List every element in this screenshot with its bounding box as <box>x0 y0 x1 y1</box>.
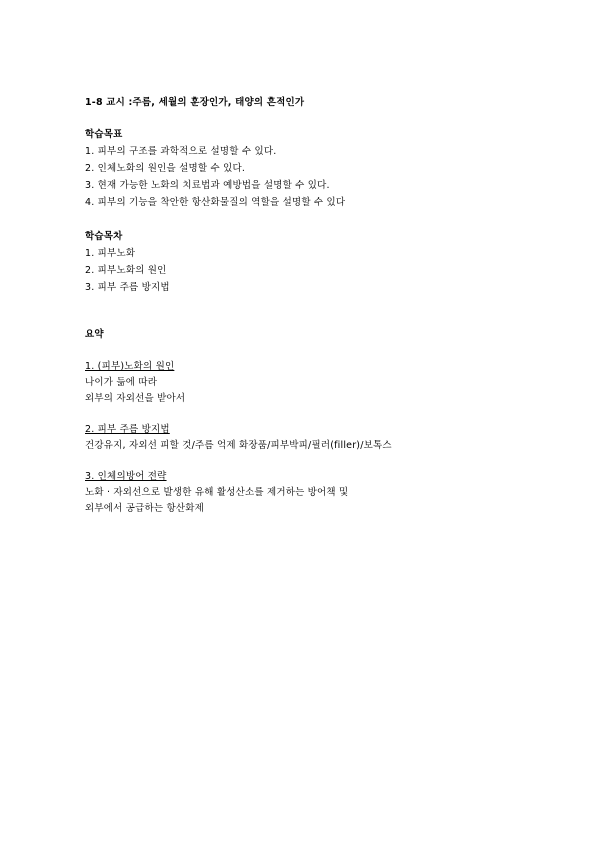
summary-line: 나이가 듦에 따라 <box>85 377 157 389</box>
document-title: 1-8 교시 :주름, 세월의 훈장인가, 태양의 흔적인가 <box>85 97 304 109</box>
document-page: 1-8 교시 :주름, 세월의 훈장인가, 태양의 흔적인가 학습목표 1. 피… <box>0 0 595 841</box>
contents-item: 1. 피부노화 <box>85 248 135 260</box>
summary-line: 건강유지, 자외선 피할 것/주름 억제 화장품/피부박피/필러(filler)… <box>85 440 392 452</box>
contents-heading: 학습목차 <box>85 231 123 243</box>
summary-section-heading: 3. 인체의방어 전략 <box>85 471 167 483</box>
objective-item: 4. 피부의 기능을 착안한 항산화물질의 역할을 설명할 수 있다 <box>85 197 345 209</box>
objectives-heading: 학습목표 <box>85 129 123 141</box>
contents-item: 3. 피부 주름 방지법 <box>85 282 170 294</box>
objective-item: 3. 현재 가능한 노화의 치료법과 예방법을 설명할 수 있다. <box>85 180 330 192</box>
summary-line: 노화 · 자외선으로 발생한 유해 활성산소를 제거하는 방어책 및 <box>85 487 348 499</box>
objective-item: 1. 피부의 구조를 과학적으로 설명할 수 있다. <box>85 146 276 158</box>
summary-heading: 요약 <box>85 329 104 341</box>
contents-item: 2. 피부노화의 원인 <box>85 265 167 277</box>
summary-section-heading: 2. 피부 주름 방지법 <box>85 424 170 436</box>
objective-item: 2. 인체노화의 원인을 설명할 수 있다. <box>85 163 245 175</box>
summary-line: 외부의 자외선을 받아서 <box>85 393 185 405</box>
summary-section-heading: 1. (피부)노화의 원인 <box>85 361 174 373</box>
summary-line: 외부에서 공급하는 항산화제 <box>85 503 204 515</box>
